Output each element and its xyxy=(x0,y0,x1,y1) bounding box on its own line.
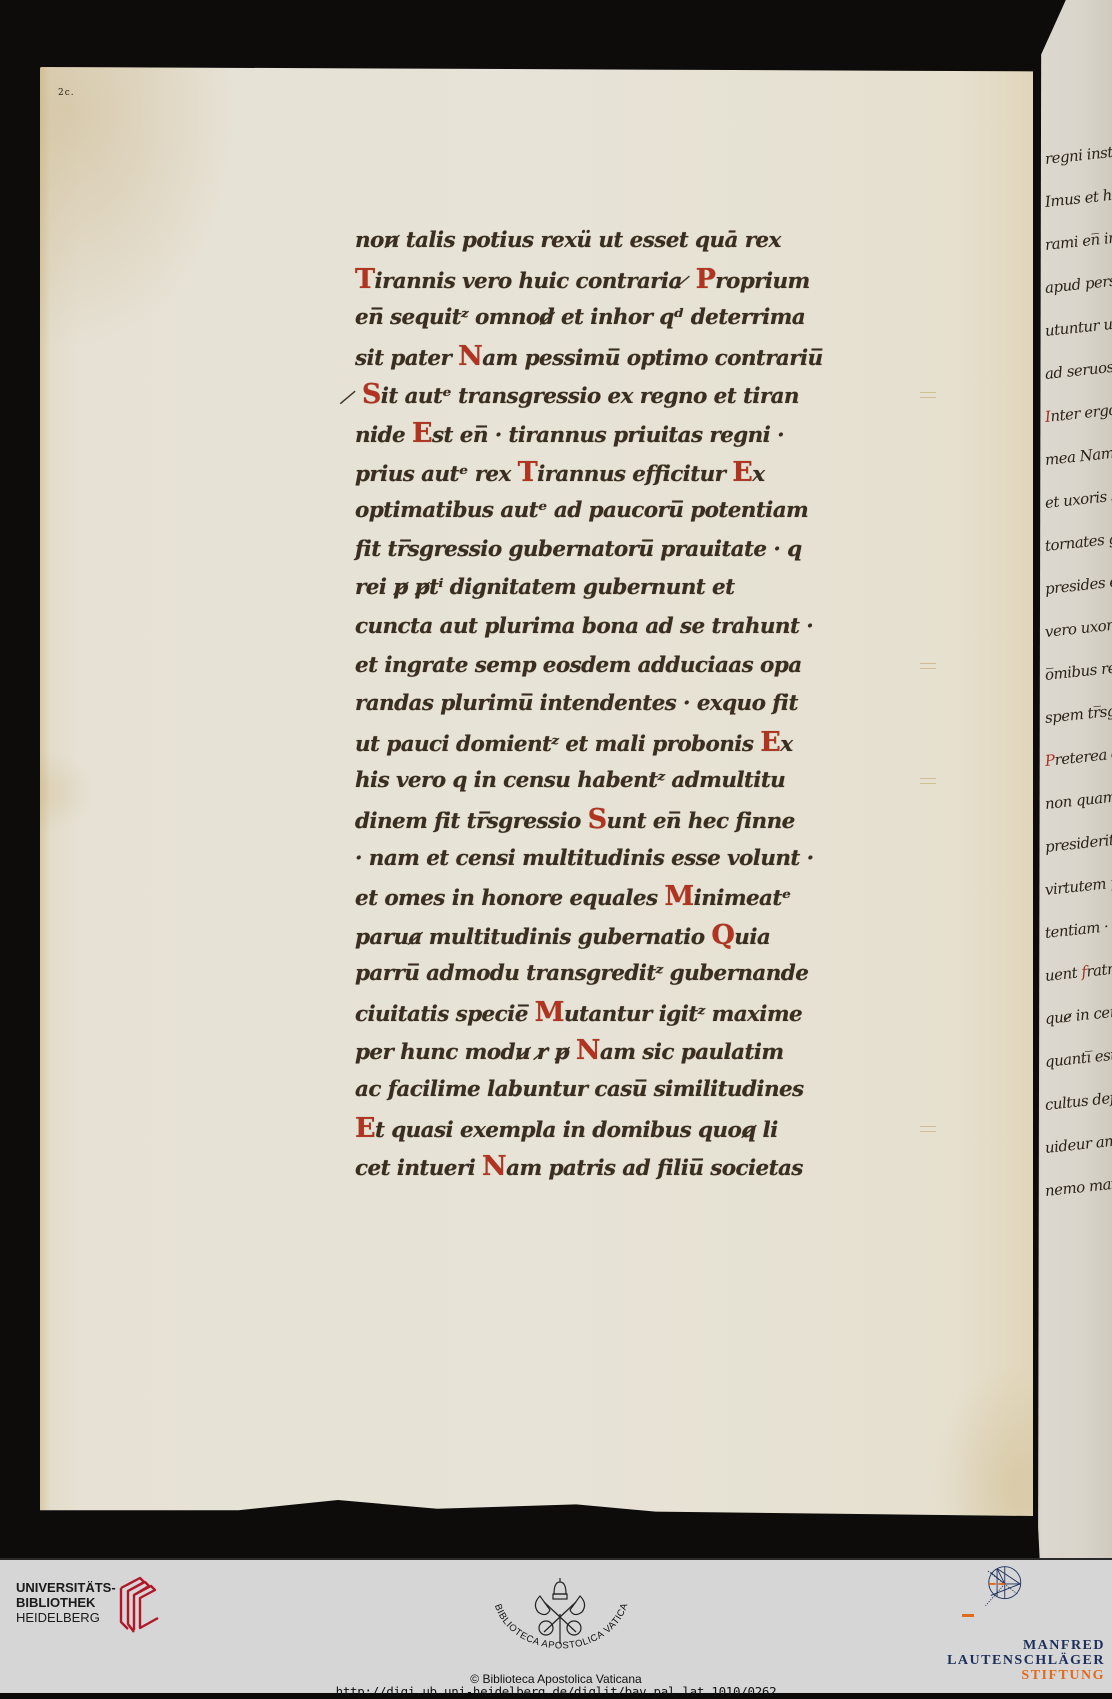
facing-page-line: non quam melu xyxy=(1044,783,1112,813)
manuscript-text-block: non̷ talis potius rexü ut esset quā rexT… xyxy=(355,222,915,1187)
ub-logo-line1: UNIVERSITÄTS- xyxy=(16,1580,116,1595)
manuscript-line: non̷ talis potius rexü ut esset quā rex xyxy=(355,222,915,261)
rubricated-initial: N xyxy=(458,341,482,372)
ub-logo-line3: HEIDELBERG xyxy=(16,1610,116,1625)
mls-line1: MANFRED xyxy=(947,1638,1105,1653)
manuscript-line: ̷ Sit autᵉ transgressio ex regno et tira… xyxy=(355,376,915,415)
facing-page-line: apud persas ty xyxy=(1044,268,1112,297)
bav-arc-text: BIBLIOTECA APOSTOLICA VATICANA xyxy=(480,1566,631,1652)
rubricated-initial: T xyxy=(355,264,375,295)
facing-page-line: quanti̅ esta xyxy=(1044,1045,1112,1071)
facing-page-line: utuntur ut fer xyxy=(1044,312,1112,340)
manuscript-line: parua̷ multitudinis gubernatio Quia xyxy=(355,917,915,956)
manuscript-line: parru̅ admodu transgreditᶻ gubernande xyxy=(355,955,915,994)
margin-mark xyxy=(920,778,936,784)
manuscript-line: prius autᵉ rex Tirannus efficitur Ex xyxy=(355,454,915,493)
rubricated-initial: N xyxy=(576,1035,600,1066)
manuscript-line: per hunc modu̷ r̷ p̷ Nam sic paulatim xyxy=(355,1032,915,1071)
manuscript-line: ut pauci domientᶻ et mali probonis Ex xyxy=(355,724,915,763)
mls-geometric-logo[interactable] xyxy=(950,1566,1112,1646)
rubricated-initial: E xyxy=(412,418,432,449)
manuscript-line: et ingrate semp eosdem adduciaas opa xyxy=(355,647,915,686)
manuscript-line: Tirannis vero huic contraria ̷ Proprium xyxy=(355,261,915,300)
manuscript-viewer: 2c. non̷ talis potius rexü ut esset quā … xyxy=(0,0,1112,1558)
ub-heidelberg-logo[interactable]: UNIVERSITÄTS- BIBLIOTHEK HEIDELBERG xyxy=(16,1580,162,1636)
manuscript-line: Et quasi exempla in domibus quoq̷ li xyxy=(355,1110,915,1149)
manuscript-line: cuncta aut plurima bona ad se trahunt · xyxy=(355,608,915,647)
rubricated-initial: E xyxy=(760,727,780,758)
facing-page-line: tentiam · q̷a xyxy=(1044,915,1112,942)
facing-page-line: presides et m xyxy=(1044,570,1112,598)
facing-page-line: mea Nam dic xyxy=(1044,441,1112,469)
facing-page-line: Imus et homen xyxy=(1044,182,1112,211)
facing-page-line: ad seruos Agn xyxy=(1044,354,1112,383)
manuscript-line: en̅ sequitᶻ omnod̷ et inhor qᵈ deterrima xyxy=(355,299,915,338)
manuscript-line: fit tr̅sgressio gubernatoru̅ prauitate ·… xyxy=(355,531,915,570)
manuscript-line: optimatibus autᵉ ad paucoru̅ potentiam xyxy=(355,492,915,531)
manuscript-line: cet intueri Nam patris ad filiu̅ societa… xyxy=(355,1148,915,1187)
facing-page-line: vero uxori g xyxy=(1044,614,1112,641)
margin-mark xyxy=(920,392,936,398)
rubricated-initial: P xyxy=(696,264,716,295)
rubricated-initial: Q xyxy=(711,920,734,951)
facing-page-line: presiderit qua xyxy=(1044,828,1112,856)
bav-coat-of-arms-logo[interactable]: BIBLIOTECA APOSTOLICA VATICANA xyxy=(480,1566,640,1666)
rubricated-initial: T xyxy=(518,457,538,488)
folio-mark: 2c. xyxy=(58,88,75,98)
facing-page-line: Preterea digni xyxy=(1044,741,1112,770)
manuscript-line: nide Est en̅ · tirannus priuitas regni · xyxy=(355,415,915,454)
facing-page-line: rami en̅ impe xyxy=(1044,226,1112,254)
facing-page-line: o̅mibus rebu xyxy=(1044,657,1112,684)
manuscript-line: dinem fit tr̅sgressio Sunt en̅ hec finne xyxy=(355,801,915,840)
permalink-url[interactable]: http://digi.ub.uni-heidelberg.de/diglit/… xyxy=(0,1684,1112,1693)
ub-book-icon xyxy=(118,1574,162,1636)
papal-keys-icon xyxy=(535,1578,584,1644)
rubricated-initial: M xyxy=(535,997,564,1028)
footer: UNIVERSITÄTS- BIBLIOTHEK HEIDELBERG BIBL… xyxy=(0,1558,1112,1693)
facing-page-line: cultus defen xyxy=(1044,1087,1112,1114)
facing-page-line: uent fratru̅ xyxy=(1044,959,1112,985)
margin-mark xyxy=(920,663,936,669)
ub-logo-line2: BIBLIOTHEK xyxy=(16,1595,116,1610)
facing-page-line: tornates gube xyxy=(1044,527,1112,555)
facing-page-line: nemo maxime xyxy=(1044,1172,1112,1200)
margin-mark xyxy=(920,1126,936,1132)
mls-line2: LAUTENSCHLÄGER xyxy=(947,1653,1105,1668)
manuscript-line: rei p̷ p̷tⁱ dignitatem gubernunt et xyxy=(355,569,915,608)
rubricated-initial: S xyxy=(588,804,607,835)
svg-text:BIBLIOTECA APOSTOLICA VATICANA: BIBLIOTECA APOSTOLICA VATICANA xyxy=(480,1566,631,1652)
facing-page-line: spem tr̅sgreb xyxy=(1044,699,1112,727)
manuscript-line: · nam et censi multitudinis esse volunt … xyxy=(355,840,915,879)
facing-page-line: Inter ergo serta xyxy=(1044,396,1112,426)
mls-line3: STIFTUNG xyxy=(947,1668,1105,1683)
rubricated-initial: N xyxy=(482,1151,506,1182)
manuscript-line: sit pater Nam pessimu̅ optimo contrariu̅ xyxy=(355,338,915,377)
manuscript-line: et omes in honore equales Minimeatᵉ xyxy=(355,878,915,917)
facing-page-line: uideur amici xyxy=(1044,1130,1112,1157)
facing-page-edge: regni instior halImus et homenrami en̅ i… xyxy=(1035,0,1112,1558)
manuscript-line: his vero q in censu habentᶻ admultitu xyxy=(355,762,915,801)
mls-logo-text: MANFRED LAUTENSCHLÄGER STIFTUNG xyxy=(947,1638,1105,1683)
rubricated-initial: E xyxy=(355,1113,375,1144)
rubricated-initial: M xyxy=(664,881,693,912)
manuscript-line: ac facilime labuntur casu̅ similitudines xyxy=(355,1071,915,1110)
rubricated-initial: S xyxy=(362,379,381,410)
manuscript-line: ciuitatis specie̅ Mutantur igitᶻ maxime xyxy=(355,994,915,1033)
facing-page-line: virtutem pre xyxy=(1044,872,1112,899)
manuscript-line: randas plurimu̅ intendentes · exquo fit xyxy=(355,685,915,724)
facing-page-line: que̷ in censu xyxy=(1044,1001,1112,1028)
ub-logo-text: UNIVERSITÄTS- BIBLIOTHEK HEIDELBERG xyxy=(16,1580,116,1625)
facing-page-line: et uxoris sera xyxy=(1044,484,1112,512)
facing-page-line: regni instior hal xyxy=(1044,138,1112,168)
rubricated-initial: E xyxy=(732,457,752,488)
